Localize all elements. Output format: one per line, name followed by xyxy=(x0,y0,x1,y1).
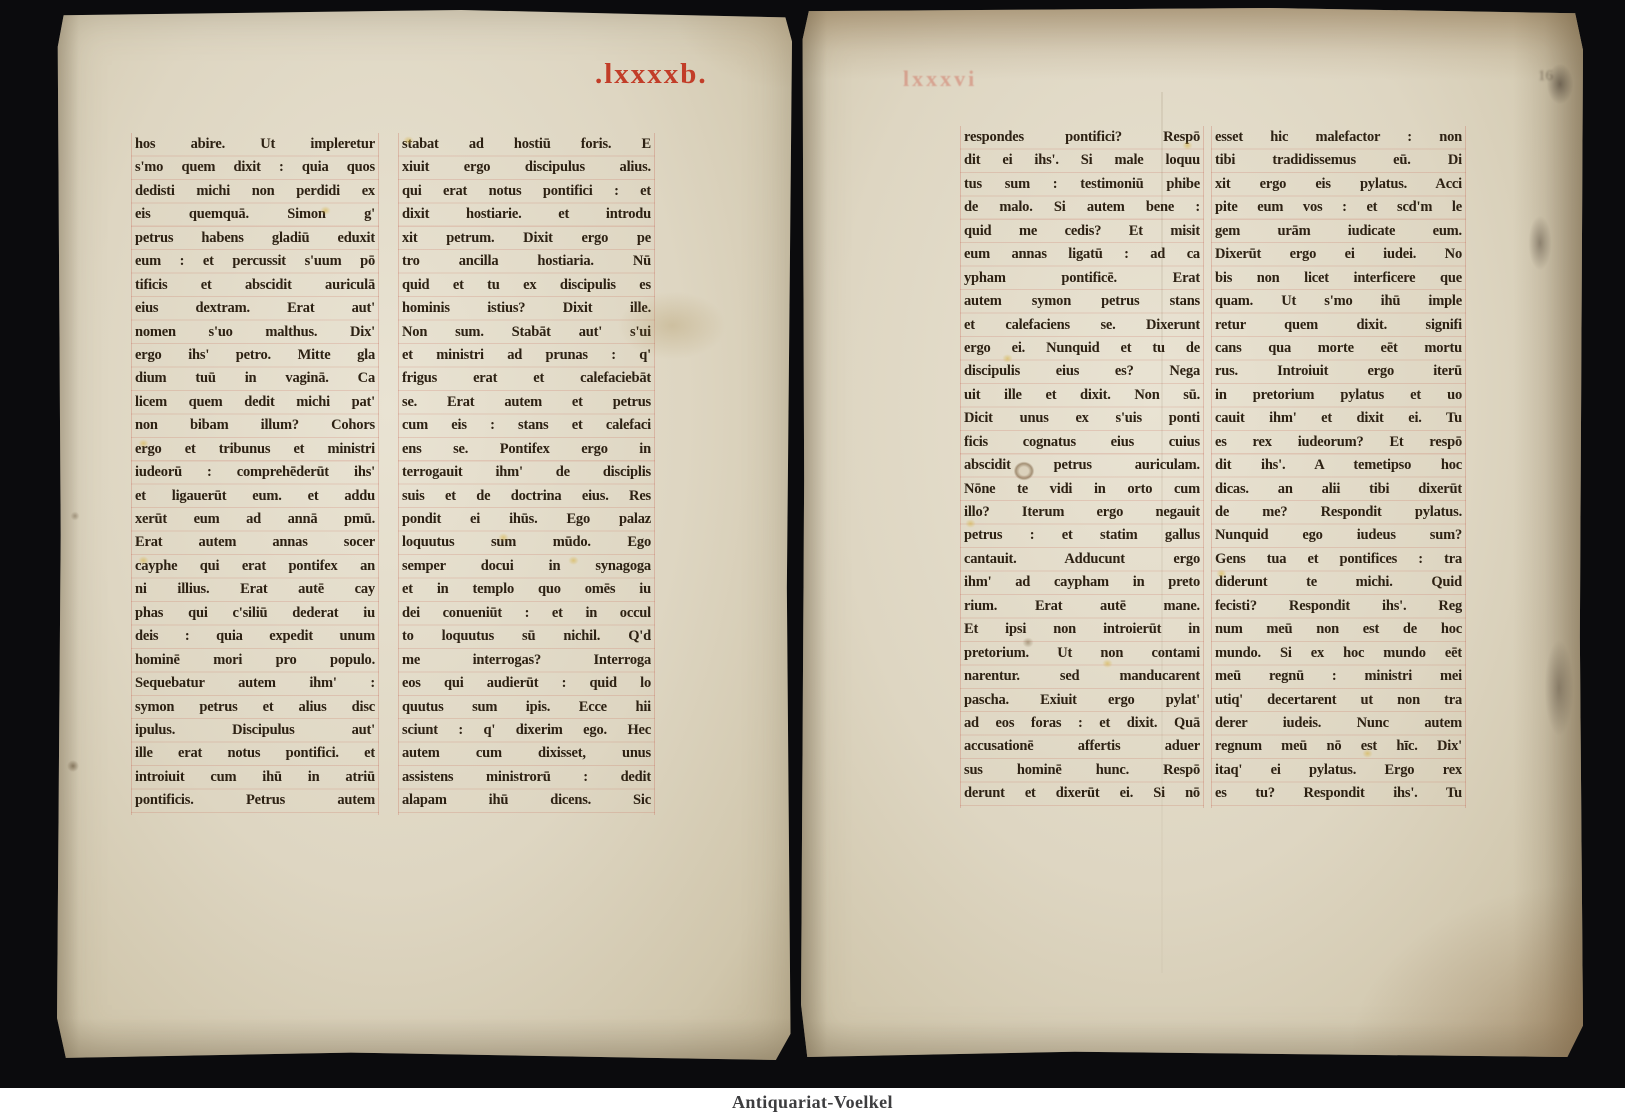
text-line: fecisti? Respondit ihs'. Reg xyxy=(1215,595,1462,618)
text-line: suis et de doctrina eius. Res xyxy=(402,485,651,508)
text-line: dedisti michi non perdidi ex xyxy=(135,180,375,203)
text-line: eis quemquā. Simon g' xyxy=(135,203,375,226)
text-line: uit ille et dixit. Non sū. xyxy=(964,384,1200,407)
text-line: dium tuū in vaginā. Ca xyxy=(135,367,375,390)
text-line: de me? Respondit pylatus. xyxy=(1215,501,1462,524)
text-line: dit ihs'. A temetipso hoc xyxy=(1215,454,1462,477)
text-line: ille erat notus pontifici. et xyxy=(135,742,375,765)
stain xyxy=(69,510,81,522)
text-line: cans qua morte eēt mortu xyxy=(1215,337,1462,360)
text-line: xit ergo eis pylatus. Acci xyxy=(1215,173,1462,196)
text-line: s'mo quem dixit : quia quos xyxy=(135,156,375,179)
text-line: ficis cognatus eius cuius xyxy=(964,431,1200,454)
text-line: in pretorium pylatus et uo xyxy=(1215,384,1462,407)
text-column-right-1: respondes pontifici? Respōdit ei ihs'. S… xyxy=(960,126,1204,808)
text-line: meū regnū : ministri mei xyxy=(1215,665,1462,688)
left-leaf: .lxxxxb. hos abire. Ut implereturs'mo qu… xyxy=(57,10,792,1060)
text-line: tibi tradidissemus eū. Di xyxy=(1215,149,1462,172)
text-line: cantauit. Adducunt ergo xyxy=(964,548,1200,571)
text-line: nomen s'uo malthus. Dix' xyxy=(135,321,375,344)
text-line: hominis istius? Dixit ille. xyxy=(402,297,651,320)
text-line: tro ancilla hostiaria. Nū xyxy=(402,250,651,273)
text-line: non bibam illum? Cohors xyxy=(135,414,375,437)
stain xyxy=(1525,208,1555,278)
text-line: ergo et tribunus et ministri xyxy=(135,438,375,461)
text-line: Nōne te vidi in orto cum xyxy=(964,478,1200,501)
text-column-left-1: hos abire. Ut implereturs'mo quem dixit … xyxy=(131,133,379,815)
text-line: dei conueniūt : et in occul xyxy=(402,602,651,625)
text-line: discipulis eius es? Nega xyxy=(964,360,1200,383)
text-line: regnum meū nō est hīc. Dix' xyxy=(1215,735,1462,758)
text-line: et calefaciens se. Dixerunt xyxy=(964,314,1200,337)
edge-shading xyxy=(57,1018,792,1060)
corner-page-number: 16 xyxy=(1538,68,1553,85)
text-line: utiq' decertarent ut non tra xyxy=(1215,689,1462,712)
text-line: eum annas ligatū : ad ca xyxy=(964,243,1200,266)
folio-numeral-right-faint: lxxxvi xyxy=(903,66,977,92)
text-line: et ligauerūt eum. et addu xyxy=(135,485,375,508)
edge-shading xyxy=(1513,8,1583,1057)
text-line: retur quem dixit. signifi xyxy=(1215,314,1462,337)
text-line: cauit ihm' et dixit ei. Tu xyxy=(1215,407,1462,430)
text-line: Gens tua et pontifices : tra xyxy=(1215,548,1462,571)
text-line: gem urām iudicate eum. xyxy=(1215,220,1462,243)
text-line: terrogauit ihm' de disciplis xyxy=(402,461,651,484)
text-line: xerūt eum ad annā pmū. xyxy=(135,508,375,531)
text-line: Nunquid ego iudeus sum? xyxy=(1215,524,1462,547)
text-line: quam. Ut s'mo ihū imple xyxy=(1215,290,1462,313)
text-line: semper docui in synagoga xyxy=(402,555,651,578)
text-line: es rex iudeorum? Et respō xyxy=(1215,431,1462,454)
text-line: iudeorū : comprehēderūt ihs' xyxy=(135,461,375,484)
edge-shading xyxy=(801,1021,1583,1057)
text-line: assistens ministrorū : dedit xyxy=(402,766,651,789)
text-line: et ministri ad prunas : q' xyxy=(402,344,651,367)
text-line: itaq' ei pylatus. Ergo rex xyxy=(1215,759,1462,782)
text-line: Erat autem annas socer xyxy=(135,531,375,554)
text-line: licem quem dedit michi pat' xyxy=(135,391,375,414)
watermark-label: Antiquariat-Voelkel xyxy=(732,1092,893,1113)
text-line: tus sum : testimoniū phibe xyxy=(964,173,1200,196)
text-line: derer iudeis. Nunc autem xyxy=(1215,712,1462,735)
text-line: deis : quia expedit unum xyxy=(135,625,375,648)
text-line: alapam ihū dicens. Sic xyxy=(402,789,651,812)
text-line: ad eos foras : et dixit. Quā xyxy=(964,712,1200,735)
text-line: Non sum. Stabāt aut' s'ui xyxy=(402,321,651,344)
text-line: introiuit cum ihū in atriū xyxy=(135,766,375,789)
text-line: Sequebatur autem ihm' : xyxy=(135,672,375,695)
edge-shading xyxy=(1353,887,1583,1057)
text-line: Et ipsi non introierūt in xyxy=(964,618,1200,641)
stain xyxy=(65,758,81,774)
stain xyxy=(1541,628,1577,748)
edge-shading xyxy=(801,8,827,1057)
watermark-strip: Antiquariat-Voelkel xyxy=(0,1088,1625,1116)
text-line: ergo ihs' petro. Mitte gla xyxy=(135,344,375,367)
text-line: ypham pontificē. Erat xyxy=(964,267,1200,290)
text-line: qui erat notus pontifici : et xyxy=(402,180,651,203)
text-line: bis non licet interficere que xyxy=(1215,267,1462,290)
text-line: derunt et dixerūt ei. Si nō xyxy=(964,782,1200,805)
text-line: esset hic malefactor : non xyxy=(1215,126,1462,149)
folio-numeral-left: .lxxxxb. xyxy=(595,58,708,91)
text-line: eos qui audierūt : quid lo xyxy=(402,672,651,695)
text-line: dicas. an alii tibi dixerūt xyxy=(1215,478,1462,501)
text-line: quid et tu ex discipulis es xyxy=(402,274,651,297)
text-line: mundo. Si ex hoc mundo eēt xyxy=(1215,642,1462,665)
text-line: hos abire. Ut impleretur xyxy=(135,133,375,156)
text-line: eius dextram. Erat aut' xyxy=(135,297,375,320)
text-line: ipulus. Discipulus aut' xyxy=(135,719,375,742)
text-column-right-2: esset hic malefactor : nontibi tradidiss… xyxy=(1211,126,1466,808)
text-line: diderunt te michi. Quid xyxy=(1215,571,1462,594)
text-line: frigus erat et calefaciebāt xyxy=(402,367,651,390)
text-line: rium. Erat autē mane. xyxy=(964,595,1200,618)
text-line: autem symon petrus stans xyxy=(964,290,1200,313)
text-line: illo? Iterum ergo negauit xyxy=(964,501,1200,524)
text-line: ihm' ad caypham in preto xyxy=(964,571,1200,594)
text-line: ergo ei. Nunquid et tu de xyxy=(964,337,1200,360)
right-leaf: lxxxvi 16 respondes pontifici? Respōdit … xyxy=(801,8,1583,1057)
text-line: quid me cedis? Et misit xyxy=(964,220,1200,243)
text-line: rus. Introiuit ergo iterū xyxy=(1215,360,1462,383)
text-line: Dicit unus ex s'uis ponti xyxy=(964,407,1200,430)
text-line: xiuit ergo discipulus alius. xyxy=(402,156,651,179)
text-line: eum : et percussit s'uum pō xyxy=(135,250,375,273)
text-line: quutus sum ipis. Ecce hii xyxy=(402,696,651,719)
text-line: tificis et abscidit auriculā xyxy=(135,274,375,297)
text-line: autem cum dixisset, unus xyxy=(402,742,651,765)
text-line: hominē mori pro populo. xyxy=(135,649,375,672)
text-line: petrus : et statim gallus xyxy=(964,524,1200,547)
text-line: pascha. Exiuit ergo pylat' xyxy=(964,689,1200,712)
text-line: abscidit petrus auriculam. xyxy=(964,454,1200,477)
text-line: accusationē affertis aduer xyxy=(964,735,1200,758)
text-line: dit ei ihs'. Si male loquu xyxy=(964,149,1200,172)
text-line: cayphe qui erat pontifex an xyxy=(135,555,375,578)
text-line: symon petrus et alius disc xyxy=(135,696,375,719)
text-line: ens se. Pontifex ergo in xyxy=(402,438,651,461)
text-line: Dixerūt ergo ei iudei. No xyxy=(1215,243,1462,266)
text-line: stabat ad hostiū foris. E xyxy=(402,133,651,156)
text-line: sciunt : q' dixerim ego. Hec xyxy=(402,719,651,742)
text-line: dixit hostiarie. et introdu xyxy=(402,203,651,226)
text-line: pontificis. Petrus autem xyxy=(135,789,375,812)
text-line: ni illius. Erat autē cay xyxy=(135,578,375,601)
text-line: cum eis : stans et calefaci xyxy=(402,414,651,437)
text-line: to loquutus sū nichil. Q'd xyxy=(402,625,651,648)
text-line: narentur. sed manducarent xyxy=(964,665,1200,688)
text-line: me interrogas? Interroga xyxy=(402,649,651,672)
text-line: phas qui c'siliū dederat iu xyxy=(135,602,375,625)
text-line: pite eum vos : et scd'm le xyxy=(1215,196,1462,219)
edge-shading xyxy=(57,10,79,1060)
manuscript-photo: .lxxxxb. hos abire. Ut implereturs'mo qu… xyxy=(0,0,1625,1116)
text-line: et in templo quo omēs iu xyxy=(402,578,651,601)
text-line: num meū non est de hoc xyxy=(1215,618,1462,641)
text-line: es tu? Respondit ihs'. Tu xyxy=(1215,782,1462,805)
text-line: pretorium. Ut non contami xyxy=(964,642,1200,665)
text-line: loquutus sum mūdo. Ego xyxy=(402,531,651,554)
text-line: respondes pontifici? Respō xyxy=(964,126,1200,149)
text-column-left-2: stabat ad hostiū foris. Exiuit ergo disc… xyxy=(398,133,655,815)
text-line: sus hominē hunc. Respō xyxy=(964,759,1200,782)
text-line: de malo. Si autem bene : xyxy=(964,196,1200,219)
text-line: xit petrum. Dixit ergo pe xyxy=(402,227,651,250)
text-line: pondit ei ihūs. Ego palaz xyxy=(402,508,651,531)
text-line: se. Erat autem et petrus xyxy=(402,391,651,414)
text-line: petrus habens gladiū eduxit xyxy=(135,227,375,250)
